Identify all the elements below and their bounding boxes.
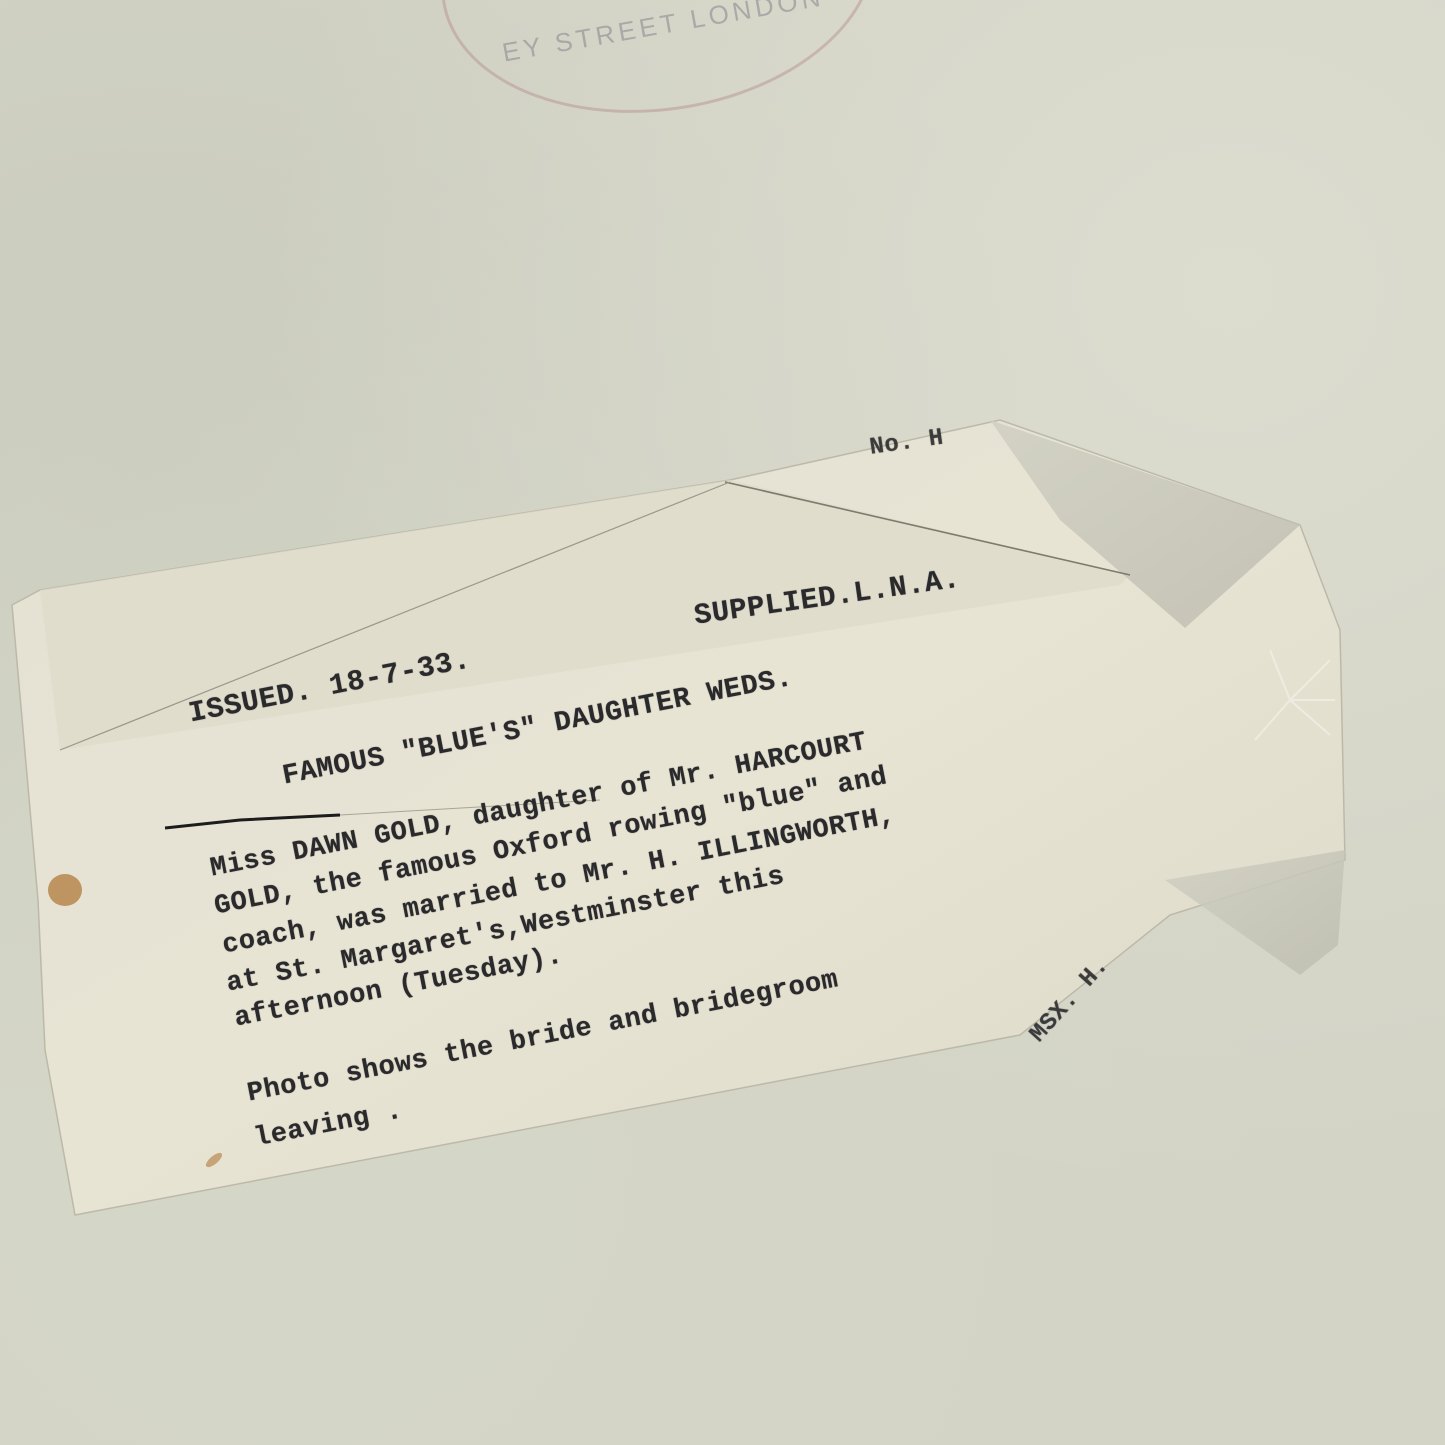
typed-press-label: No. H SUPPLIED.L.N.A. ISSUED. 18-7-33. F… <box>0 0 1445 1445</box>
rust-stain <box>48 874 82 906</box>
